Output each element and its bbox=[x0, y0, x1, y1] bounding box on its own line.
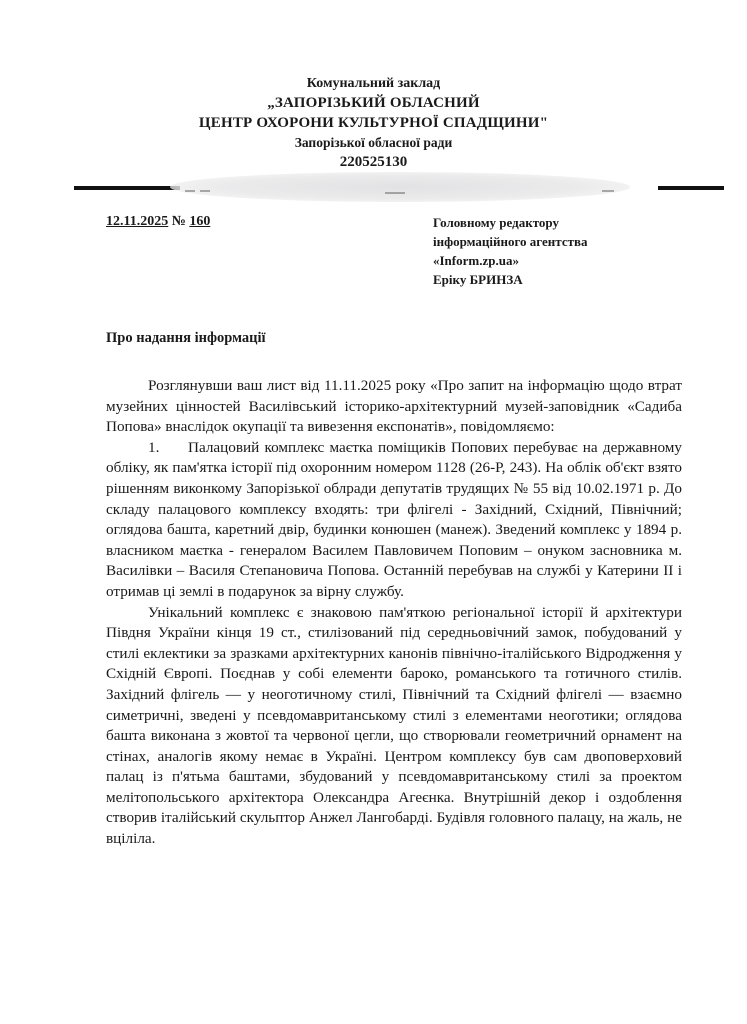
org-type: Комунальний заклад bbox=[0, 74, 747, 93]
addressee-name: Еріку БРИНЗА bbox=[433, 270, 588, 289]
item-1-paragraph: 1.Палацовий комплекс маєтка поміщиків По… bbox=[106, 438, 682, 603]
redaction-artifact bbox=[602, 190, 614, 192]
number-sign: № bbox=[172, 214, 186, 229]
redaction-artifact bbox=[185, 190, 195, 192]
addressee-block: Головному редактору інформаційного агент… bbox=[433, 213, 588, 289]
redaction-artifact bbox=[200, 190, 210, 192]
paragraph-2: Унікальний комплекс є знаковою пам'яткою… bbox=[106, 603, 682, 850]
subject-heading: Про надання інформації bbox=[106, 330, 266, 347]
addressee-line2: інформаційного агентства bbox=[433, 232, 588, 251]
document-date: 12.11.2025 bbox=[106, 214, 168, 229]
intro-paragraph: Розглянувши ваш лист від 11.11.2025 року… bbox=[106, 376, 682, 438]
redaction-artifact bbox=[385, 192, 405, 194]
letter-body: Розглянувши ваш лист від 11.11.2025 року… bbox=[106, 376, 682, 850]
redacted-contact-info bbox=[170, 172, 630, 202]
letterhead-divider bbox=[0, 172, 747, 202]
org-parent: Запорізької обласної ради bbox=[0, 133, 747, 153]
document-number: 160 bbox=[189, 214, 210, 229]
addressee-line3: «Inform.zp.ua» bbox=[433, 251, 588, 270]
item-1-text: Палацовий комплекс маєтка поміщиків Попо… bbox=[106, 439, 682, 600]
org-code: 220525130 bbox=[0, 153, 747, 171]
item-1-number: 1. bbox=[148, 438, 188, 459]
document-date-number: 12.11.2025 № 160 bbox=[106, 214, 210, 230]
letterhead: Комунальний заклад „ЗАПОРІЗЬКИЙ ОБЛАСНИЙ… bbox=[0, 74, 747, 171]
addressee-line1: Головному редактору bbox=[433, 213, 588, 232]
divider-rule-right bbox=[658, 186, 724, 190]
org-name-line1: „ЗАПОРІЗЬКИЙ ОБЛАСНИЙ bbox=[0, 93, 747, 113]
divider-rule-left bbox=[74, 186, 180, 190]
org-name-line2: ЦЕНТР ОХОРОНИ КУЛЬТУРНОЇ СПАДЩИНИ" bbox=[0, 113, 747, 133]
